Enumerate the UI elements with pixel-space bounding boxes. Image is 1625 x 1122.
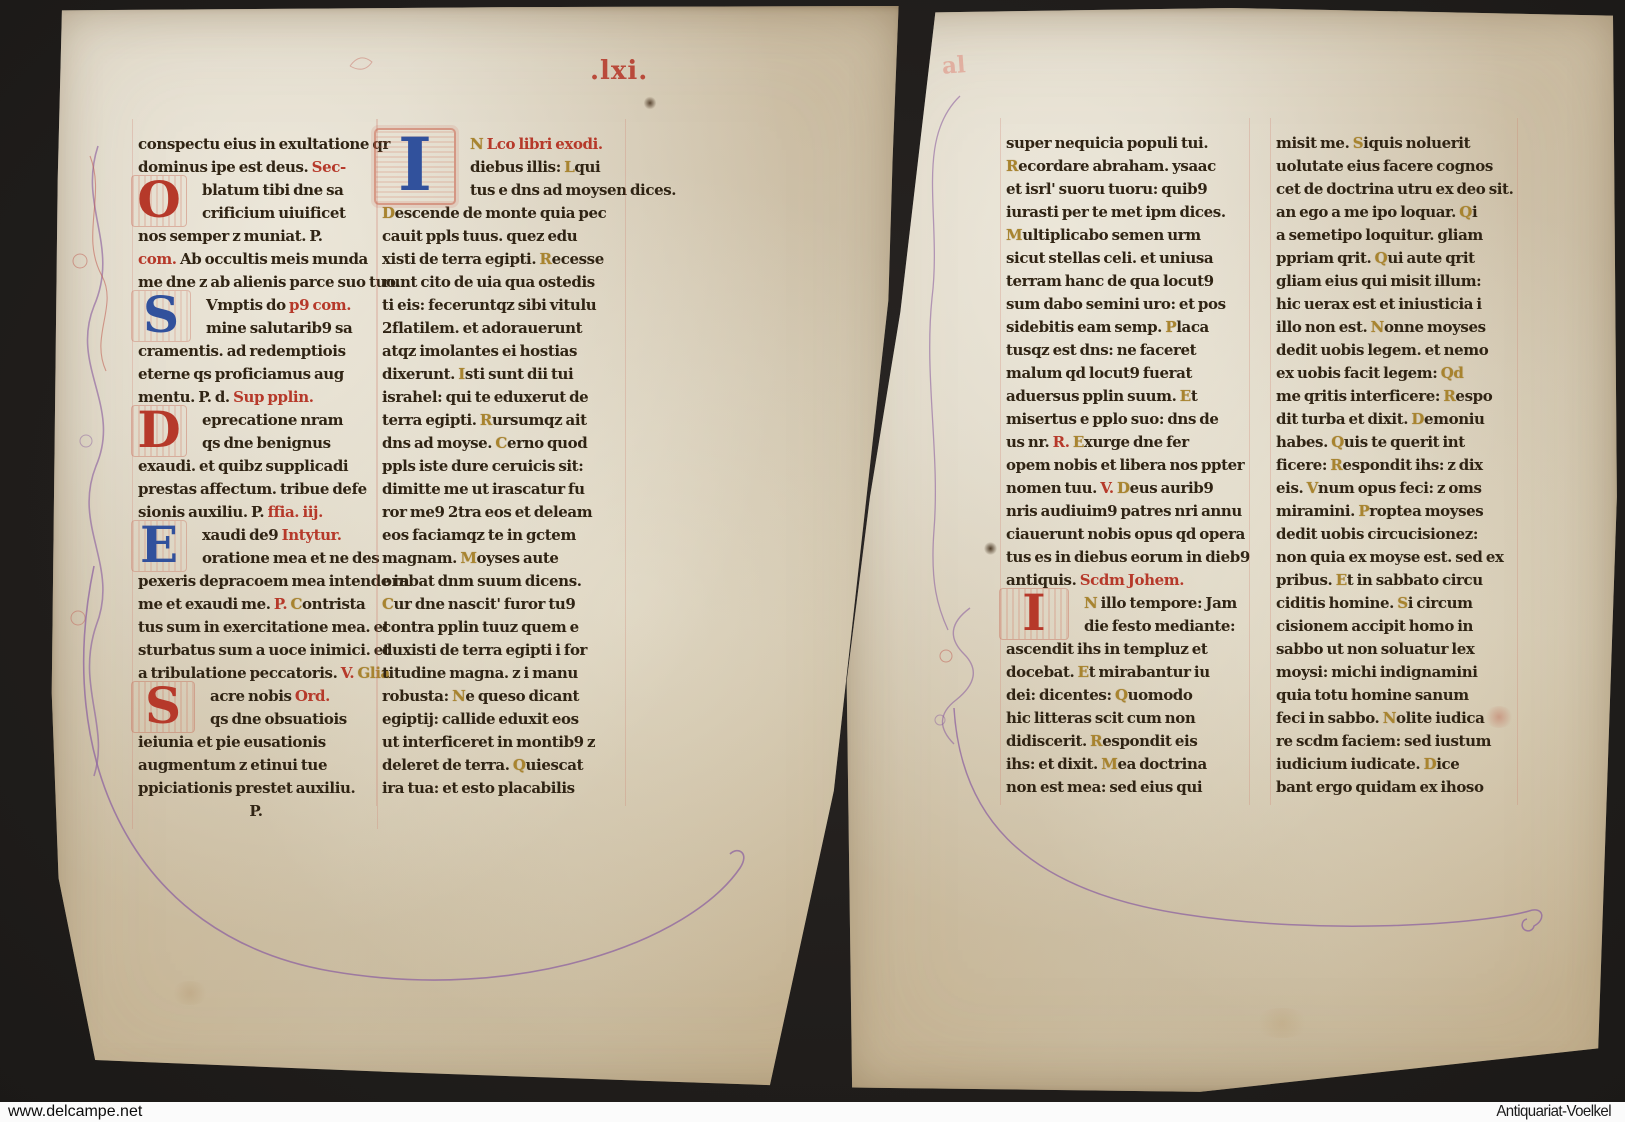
text-segment: me et exaudi me. [138, 595, 274, 613]
manuscript-text-line: magnam. Moyses aute [382, 547, 622, 570]
text-segment: ppiciationis prestet auxiliu. [138, 779, 355, 797]
text-segment: ira tua: et esto placabilis [382, 779, 575, 797]
manuscript-text-line: egiptij: callide eduxit eos [382, 708, 622, 731]
text-segment: nris audiuim9 patres nri annu [1006, 502, 1242, 520]
text-segment: M [460, 549, 476, 567]
text-segment: diebus illis: [470, 158, 564, 176]
text-segment: C [495, 434, 507, 452]
text-segment: non est mea: sed eius qui [1006, 778, 1202, 796]
text-segment: ppls iste dure ceruicis sit: [382, 457, 583, 475]
text-segment: uolutate eius facere cognos [1276, 157, 1493, 175]
text-segment: dedit uobis circucisionez: [1276, 525, 1478, 543]
text-segment: ea doctrina [1117, 755, 1206, 773]
text-segment: i [1472, 203, 1477, 221]
text-segment: Intytur. [282, 526, 342, 544]
manuscript-text-line: duxisti de terra egipti i for [382, 639, 622, 662]
manuscript-text-line: terra egipti. Rursumqz ait [382, 409, 622, 432]
manuscript-text-line: prestas affectum. tribue defe [138, 478, 374, 501]
text-segment: e queso dicant [465, 687, 579, 705]
text-segment: I [458, 365, 465, 383]
manuscript-text-line: miramini. Proptea moyses [1276, 500, 1514, 523]
text-segment: tus es in diebus eorum in dieb9 [1006, 548, 1250, 566]
manuscript-text-line: P. [138, 800, 374, 823]
text-segment: nos semper z muniat. P. [138, 227, 323, 245]
text-segment: opem nobis et libera nos ppter [1006, 456, 1244, 474]
text-segment: uomodo [1128, 686, 1193, 704]
manuscript-text-line: eos faciamqz te in gctem [382, 524, 622, 547]
manuscript-text-line: iudicium iudicate. Dice [1276, 753, 1514, 776]
text-segment: robusta: [382, 687, 452, 705]
text-segment: cauit ppls tuus. quez edu [382, 227, 577, 245]
manuscript-text-line: dedit uobis legem. et nemo [1276, 339, 1514, 362]
text-segment: misit me. [1276, 134, 1353, 152]
manuscript-text-line: ciauerunt nobis opus qd opera [1006, 523, 1246, 546]
manuscript-text-line: moysi: michi indignamini [1276, 661, 1514, 684]
manuscript-text-line: eis. Vnum opus feci: z oms [1276, 477, 1514, 500]
manuscript-text-line: eterne qs proficiamus aug [138, 363, 374, 386]
text-segment: ciauerunt nobis opus qd opera [1006, 525, 1245, 543]
manuscript-text-line: hic uerax est et iniusticia i [1276, 293, 1514, 316]
text-segment: N [470, 135, 487, 153]
manuscript-text-line: cisionem accipit homo in [1276, 615, 1514, 638]
manuscript-text-line: com. Ab occultis meis munda [138, 248, 374, 271]
photograph-background: { "page": { "watermark_left": "www.delca… [0, 0, 1625, 1122]
text-segment: prestas affectum. tribue defe [138, 480, 367, 498]
manuscript-text-line: gliam eius qui misit illum: [1276, 270, 1514, 293]
manuscript-text-line: super nequicia populi tui. [1006, 132, 1246, 155]
text-segment: aduersus pplin suum. [1006, 387, 1180, 405]
manuscript-text-line: an ego a me ipo loquar. Qi [1276, 201, 1514, 224]
left-manuscript-leaf: .lxi. conspectu eius in exultatione qrdo… [50, 6, 902, 1096]
text-segment: nomen tuu. [1006, 479, 1100, 497]
text-segment: N [452, 687, 465, 705]
right-leaf-column-2: misit me. Siquis noluerituolutate eius f… [1276, 132, 1514, 799]
manuscript-text-line: ut interficeret in montib9 z [382, 731, 622, 754]
text-segment: sturbatus sum a uoce inimici. et [138, 641, 389, 659]
manuscript-text-line: ex uobis facit legem: Qd [1276, 362, 1514, 385]
text-segment: eus aurib9 [1130, 479, 1214, 497]
manuscript-text-line: ror me9 2tra eos et deleam [382, 501, 622, 524]
manuscript-text-line: et isrl' suoru tuoru: quib9 [1006, 178, 1246, 201]
text-segment: sicut stellas celi. et uniusa [1006, 249, 1213, 267]
manuscript-text-line: dei: dicentes: Quomodo [1006, 684, 1246, 707]
text-segment: N [1371, 318, 1384, 336]
illuminated-initial: I [1000, 589, 1068, 639]
manuscript-text-line: re scdm faciem: sed iustum [1276, 730, 1514, 753]
text-segment: espondit ihs: z dix [1342, 456, 1482, 474]
manuscript-text-line: non est mea: sed eius qui [1006, 776, 1246, 799]
text-segment: non quia ex moyse est. sed ex [1276, 548, 1504, 566]
text-segment: ciditis homine. [1276, 594, 1397, 612]
text-segment: ursumqz ait [492, 411, 587, 429]
text-segment: 2flatilem. et adorauerunt [382, 319, 582, 337]
text-segment: deleret de terra. [382, 756, 513, 774]
text-segment: eis. [1276, 479, 1307, 497]
text-segment: oyses aute [477, 549, 559, 567]
text-segment: M [1006, 226, 1022, 244]
text-segment: dit turba et dixit. [1276, 410, 1411, 428]
text-segment: Ab occultis meis munda [180, 250, 368, 268]
text-segment: ecesse [552, 250, 604, 268]
text-segment: gliam eius qui misit illum: [1276, 272, 1481, 290]
manuscript-text-line: iurasti per te met ipm dices. [1006, 201, 1246, 224]
text-segment: xisti de terra egipti. [382, 250, 540, 268]
text-segment: ppriam qrit. [1276, 249, 1375, 267]
text-segment: num opus feci: z oms [1318, 479, 1482, 497]
text-segment: a semetipo loquitur. gliam [1276, 226, 1483, 244]
manuscript-text-line: aduersus pplin suum. Et [1006, 385, 1246, 408]
text-segment: R [1090, 732, 1102, 750]
manuscript-text-line: ppls iste dure ceruicis sit: [382, 455, 622, 478]
text-segment: terra egipti. [382, 411, 480, 429]
text-segment: E [1073, 433, 1084, 451]
text-segment: sum dabo semini uro: et pos [1006, 295, 1226, 313]
text-segment: terram hanc de qua locut9 [1006, 272, 1214, 290]
text-segment: dedit uobis legem. et nemo [1276, 341, 1488, 359]
text-segment: Q [1115, 686, 1128, 704]
manuscript-text-line: me qritis interficere: Respo [1276, 385, 1514, 408]
manuscript-text-line: dimitte me ut irascatur fu [382, 478, 622, 501]
text-segment: V. [341, 664, 358, 682]
manuscript-text-line: orabat dnm suum dicens. [382, 570, 622, 593]
manuscript-text-line: israhel: qui te eduxerut de [382, 386, 622, 409]
text-segment: R. [1053, 433, 1073, 451]
text-segment: dns ad moyse. [382, 434, 495, 452]
manuscript-text-line: feci in sabbo. Nolite iudica [1276, 707, 1514, 730]
text-segment: ecordare abraham. ysaac [1018, 157, 1216, 175]
text-segment: et isrl' suoru tuoru: quib9 [1006, 180, 1207, 198]
text-segment: tus e dns ad moysen dices. [470, 181, 676, 199]
manuscript-text-line: hic litteras scit cum non [1006, 707, 1246, 730]
text-segment: ieiunia et pie eusationis [138, 733, 326, 751]
text-segment: S [1353, 134, 1363, 152]
manuscript-text-line: pribus. Et in sabbato circu [1276, 569, 1514, 592]
text-segment: E [1180, 387, 1191, 405]
text-segment: us nr. [1006, 433, 1053, 451]
manuscript-text-line: illo non est. Nonne moyses [1276, 316, 1514, 339]
text-segment: uiescat [526, 756, 584, 774]
manuscript-text-line: tusqz est dns: ne faceret [1006, 339, 1246, 362]
text-segment: docebat. [1006, 663, 1078, 681]
text-segment: moysi: michi indignamini [1276, 663, 1478, 681]
text-segment: illo non est. [1276, 318, 1371, 336]
text-segment: N [1383, 709, 1396, 727]
manuscript-text-line: tus sum in exercitatione mea. et [138, 616, 374, 639]
text-segment: R [1443, 387, 1455, 405]
manuscript-text-line: habes. Quis te querit int [1276, 431, 1514, 454]
manuscript-text-line: sturbatus sum a uoce inimici. et [138, 639, 374, 662]
text-segment: Sup pplin. [233, 388, 313, 406]
text-segment: C [382, 595, 394, 613]
text-segment: emoniu [1424, 410, 1485, 428]
text-segment: i circum [1408, 594, 1473, 612]
text-segment: espondit eis [1102, 732, 1197, 750]
text-segment: dimitte me ut irascatur fu [382, 480, 585, 498]
text-segment: ascendit ihs in templuz et [1006, 640, 1207, 658]
text-segment: mine salutarib9 sa [206, 319, 352, 337]
manuscript-text-line: ihs: et dixit. Mea doctrina [1006, 753, 1246, 776]
manuscript-text-line: misertus e pplo suo: dns de [1006, 408, 1246, 431]
text-segment: P [1358, 502, 1369, 520]
manuscript-text-line: dns ad moyse. Cerno quod [382, 432, 622, 455]
text-segment: miramini. [1276, 502, 1358, 520]
text-segment: titudine magna. z i manu [382, 664, 578, 682]
text-segment: t in sabbato circu [1347, 571, 1483, 589]
text-segment: magnam. [382, 549, 460, 567]
left-leaf-column-1: conspectu eius in exultatione qrdominus … [138, 133, 374, 823]
text-segment: crificium uiuificet [202, 204, 346, 222]
text-segment: N [1084, 594, 1097, 612]
right-manuscript-leaf: al super nequicia populi tui.Recordare a… [842, 8, 1620, 1094]
illuminated-initial: I [376, 130, 454, 203]
manuscript-text-line: ppiciationis prestet auxiliu. [138, 777, 374, 800]
manuscript-text-line: ira tua: et esto placabilis [382, 777, 622, 800]
text-segment: ice [1436, 755, 1459, 773]
text-segment: P. [249, 802, 262, 820]
text-segment: E [1336, 571, 1347, 589]
manuscript-text-line: augmentum z etinui tue [138, 754, 374, 777]
text-segment: sabbo ut non soluatur lex [1276, 640, 1474, 658]
text-segment: tusqz est dns: ne faceret [1006, 341, 1196, 359]
text-segment: Q [513, 756, 526, 774]
text-segment: ut interficeret in montib9 z [382, 733, 595, 751]
text-segment: D [1411, 410, 1424, 428]
text-segment: onne moyses [1384, 318, 1486, 336]
manuscript-text-line: malum qd locut9 fuerat [1006, 362, 1246, 385]
text-segment: ontrista [302, 595, 365, 613]
text-segment: Q [1331, 433, 1344, 451]
text-segment: atqz imolantes ei hostias [382, 342, 577, 360]
manuscript-text-line: a semetipo loquitur. gliam [1276, 224, 1514, 247]
text-segment: egiptij: callide eduxit eos [382, 710, 579, 728]
text-segment: D [382, 204, 395, 222]
text-segment: illo tempore: Jam [1097, 594, 1237, 612]
manuscript-text-line: me et exaudi me. P. Contrista [138, 593, 374, 616]
text-segment: uis te querit int [1344, 433, 1465, 451]
text-segment: acre nobis [210, 687, 295, 705]
text-segment: runt cito de uia qua ostedis [382, 273, 595, 291]
seller-watermark: Antiquariat-Voelkel [1496, 1103, 1611, 1121]
manuscript-text-line: sum dabo semini uro: et pos [1006, 293, 1246, 316]
text-segment: Sec- [312, 158, 346, 176]
text-segment: p9 com. [289, 296, 351, 314]
text-segment: roptea moyses [1369, 502, 1483, 520]
text-segment: R [1330, 456, 1342, 474]
text-segment: Q [1375, 249, 1388, 267]
manuscript-text-line: conspectu eius in exultatione qr [138, 133, 374, 156]
text-segment: oratione mea et ne des [202, 549, 379, 567]
manuscript-text-line: ficere: Respondit ihs: z dix [1276, 454, 1514, 477]
manuscript-text-line: misit me. Siquis noluerit [1276, 132, 1514, 155]
text-segment: duxisti de terra egipti i for [382, 641, 587, 659]
manuscript-text-line: opem nobis et libera nos ppter [1006, 454, 1246, 477]
text-segment: bant ergo quidam ex ihoso [1276, 778, 1484, 796]
text-segment: Q [1459, 203, 1472, 221]
manuscript-text-line: non quia ex moyse est. sed ex [1276, 546, 1514, 569]
text-segment: qs dne obsuatiois [210, 710, 347, 728]
right-leaf-column-1: super nequicia populi tui.Recordare abra… [1006, 132, 1246, 799]
text-segment: die festo mediante: [1084, 617, 1235, 635]
folio-number: .lxi. [590, 56, 648, 86]
text-segment: com. [138, 250, 180, 268]
text-segment: blatum tibi dne sa [202, 181, 344, 199]
manuscript-text-line: dit turba et dixit. Demoniu [1276, 408, 1514, 431]
text-segment: augmentum z etinui tue [138, 756, 327, 774]
text-segment: eterne qs proficiamus aug [138, 365, 344, 383]
text-segment: Lco libri exodi. [487, 135, 603, 153]
watermark-bar: www.delcampe.net Antiquariat-Voelkel [0, 1102, 1625, 1122]
manuscript-text-line: Cur dne nascit' furor tu9 [382, 593, 622, 616]
text-segment: didiscerit. [1006, 732, 1090, 750]
text-segment: israhel: qui te eduxerut de [382, 388, 588, 406]
illuminated-initial: E [132, 521, 186, 571]
text-segment: olite iudica [1396, 709, 1484, 727]
text-segment: t [1191, 387, 1198, 405]
text-segment: R [540, 250, 552, 268]
illuminated-initial: O [132, 176, 186, 226]
text-segment: erno quod [507, 434, 587, 452]
text-segment: Ord. [295, 687, 330, 705]
text-segment: habes. [1276, 433, 1331, 451]
text-segment: ti eis: feceruntqz sibi vitulu [382, 296, 596, 314]
text-segment: contra pplin tuuz quem e [382, 618, 579, 636]
text-segment: M [1101, 755, 1117, 773]
manuscript-text-line: 2flatilem. et adorauerunt [382, 317, 622, 340]
text-segment: qs dne benignus [202, 434, 331, 452]
text-segment: ihs: et dixit. [1006, 755, 1101, 773]
text-segment: eos faciamqz te in gctem [382, 526, 576, 544]
text-segment: hic litteras scit cum non [1006, 709, 1195, 727]
manuscript-text-line: Multiplicabo semen urm [1006, 224, 1246, 247]
manuscript-text-line: dixerunt. Isti sunt dii tui [382, 363, 622, 386]
manuscript-text-line: Recordare abraham. ysaac [1006, 155, 1246, 178]
text-segment: xurge dne fer [1084, 433, 1189, 451]
text-segment: me qritis interficere: [1276, 387, 1443, 405]
text-segment: iquis noluerit [1363, 134, 1470, 152]
text-segment: V [1307, 479, 1318, 497]
manuscript-text-line: terram hanc de qua locut9 [1006, 270, 1246, 293]
text-segment: exaudi. et quibz supplicadi [138, 457, 348, 475]
text-segment: cramentis. ad redemptiois [138, 342, 346, 360]
text-segment: Scdm Johem. [1080, 571, 1184, 589]
manuscript-text-line: dedit uobis circucisionez: [1276, 523, 1514, 546]
text-segment: iurasti per te met ipm dices. [1006, 203, 1226, 221]
text-segment: ultiplicabo semen urm [1022, 226, 1201, 244]
manuscript-text-line: didiscerit. Respondit eis [1006, 730, 1246, 753]
manuscript-text-line: robusta: Ne queso dicant [382, 685, 622, 708]
text-segment: E [1078, 663, 1089, 681]
manuscript-text-line: docebat. Et mirabantur iu [1006, 661, 1246, 684]
text-segment: super nequicia populi tui. [1006, 134, 1208, 152]
text-segment: orabat dnm suum dicens. [382, 572, 582, 590]
illuminated-initial: S [132, 682, 194, 732]
illuminated-initial: S [132, 291, 190, 341]
left-leaf-column-2: N Lco libri exodi.diebus illis: Lquitus … [382, 133, 622, 800]
manuscript-text-line: cauit ppls tuus. quez edu [382, 225, 622, 248]
manuscript-text-line: nris audiuim9 patres nri annu [1006, 500, 1246, 523]
text-segment: ui aute qrit [1387, 249, 1474, 267]
text-segment: pexeris depracoem mea intende in [138, 572, 409, 590]
text-segment: P [1165, 318, 1176, 336]
text-segment: conspectu eius in exultatione qr [138, 135, 390, 153]
text-segment: t mirabantur iu [1089, 663, 1210, 681]
text-segment: eprecatione nram [202, 411, 343, 429]
delcampe-watermark: www.delcampe.net [8, 1103, 142, 1121]
manuscript-text-line: deleret de terra. Quiescat [382, 754, 622, 777]
text-segment: hic uerax est et iniusticia i [1276, 295, 1482, 313]
text-segment: feci in sabbo. [1276, 709, 1383, 727]
text-segment: L [564, 158, 574, 176]
text-segment: Vmptis do [206, 296, 289, 314]
text-segment: laca [1176, 318, 1209, 336]
manuscript-text-line: cet de doctrina utru ex deo sit. [1276, 178, 1514, 201]
text-segment: S [1397, 594, 1407, 612]
text-segment: R [480, 411, 492, 429]
manuscript-text-line: ppriam qrit. Qui aute qrit [1276, 247, 1514, 270]
text-segment: qui [574, 158, 600, 176]
text-segment: ur dne nascit' furor tu9 [394, 595, 576, 613]
text-segment: D [1117, 479, 1130, 497]
manuscript-text-line: ti eis: feceruntqz sibi vitulu [382, 294, 622, 317]
text-segment: malum qd locut9 fuerat [1006, 364, 1192, 382]
text-segment: dei: dicentes: [1006, 686, 1115, 704]
text-segment: ficere: [1276, 456, 1330, 474]
text-segment: ex uobis facit legem: [1276, 364, 1441, 382]
text-segment: cet de doctrina utru ex deo sit. [1276, 180, 1513, 198]
text-segment: xaudi de9 [202, 526, 282, 544]
manuscript-text-line: us nr. R. Exurge dne fer [1006, 431, 1246, 454]
red-offset-mark: al [941, 51, 966, 80]
manuscript-text-line: atqz imolantes ei hostias [382, 340, 622, 363]
text-segment: C [290, 595, 302, 613]
illuminated-initial: D [132, 406, 186, 456]
text-segment: Qd [1441, 364, 1464, 382]
manuscript-text-line: contra pplin tuuz quem e [382, 616, 622, 639]
text-segment: tus sum in exercitatione mea. et [138, 618, 389, 636]
text-segment: quia totu homine sanum [1276, 686, 1469, 704]
text-segment: misertus e pplo suo: dns de [1006, 410, 1219, 428]
manuscript-text-line: ciditis homine. Si circum [1276, 592, 1514, 615]
manuscript-text-line: sicut stellas celi. et uniusa [1006, 247, 1246, 270]
text-segment: re scdm faciem: sed iustum [1276, 732, 1491, 750]
text-segment: iudicium iudicate. [1276, 755, 1424, 773]
manuscript-text-line: bant ergo quidam ex ihoso [1276, 776, 1514, 799]
text-segment: pribus. [1276, 571, 1336, 589]
text-segment: R [1006, 157, 1018, 175]
manuscript-text-line: sidebitis eam semp. Placa [1006, 316, 1246, 339]
manuscript-text-line: sabbo ut non soluatur lex [1276, 638, 1514, 661]
manuscript-text-line: uolutate eius facere cognos [1276, 155, 1514, 178]
text-segment: espo [1455, 387, 1492, 405]
text-segment: ffia. iij. [268, 503, 323, 521]
text-segment: P. [274, 595, 291, 613]
text-segment: V. [1100, 479, 1117, 497]
manuscript-text-line: tus es in diebus eorum in dieb9 [1006, 546, 1246, 569]
manuscript-text-line: titudine magna. z i manu [382, 662, 622, 685]
manuscript-text-line: quia totu homine sanum [1276, 684, 1514, 707]
text-segment: an ego a me ipo loquar. [1276, 203, 1459, 221]
text-segment: sidebitis eam semp. [1006, 318, 1165, 336]
text-segment: cisionem accipit homo in [1276, 617, 1473, 635]
manuscript-text-line: xisti de terra egipti. Recesse [382, 248, 622, 271]
text-segment: dixerunt. [382, 365, 458, 383]
text-segment: D [1424, 755, 1437, 773]
text-segment: ror me9 2tra eos et deleam [382, 503, 592, 521]
manuscript-text-line: runt cito de uia qua ostedis [382, 271, 622, 294]
text-segment: sti sunt dii tui [465, 365, 573, 383]
manuscript-text-line: nomen tuu. V. Deus aurib9 [1006, 477, 1246, 500]
